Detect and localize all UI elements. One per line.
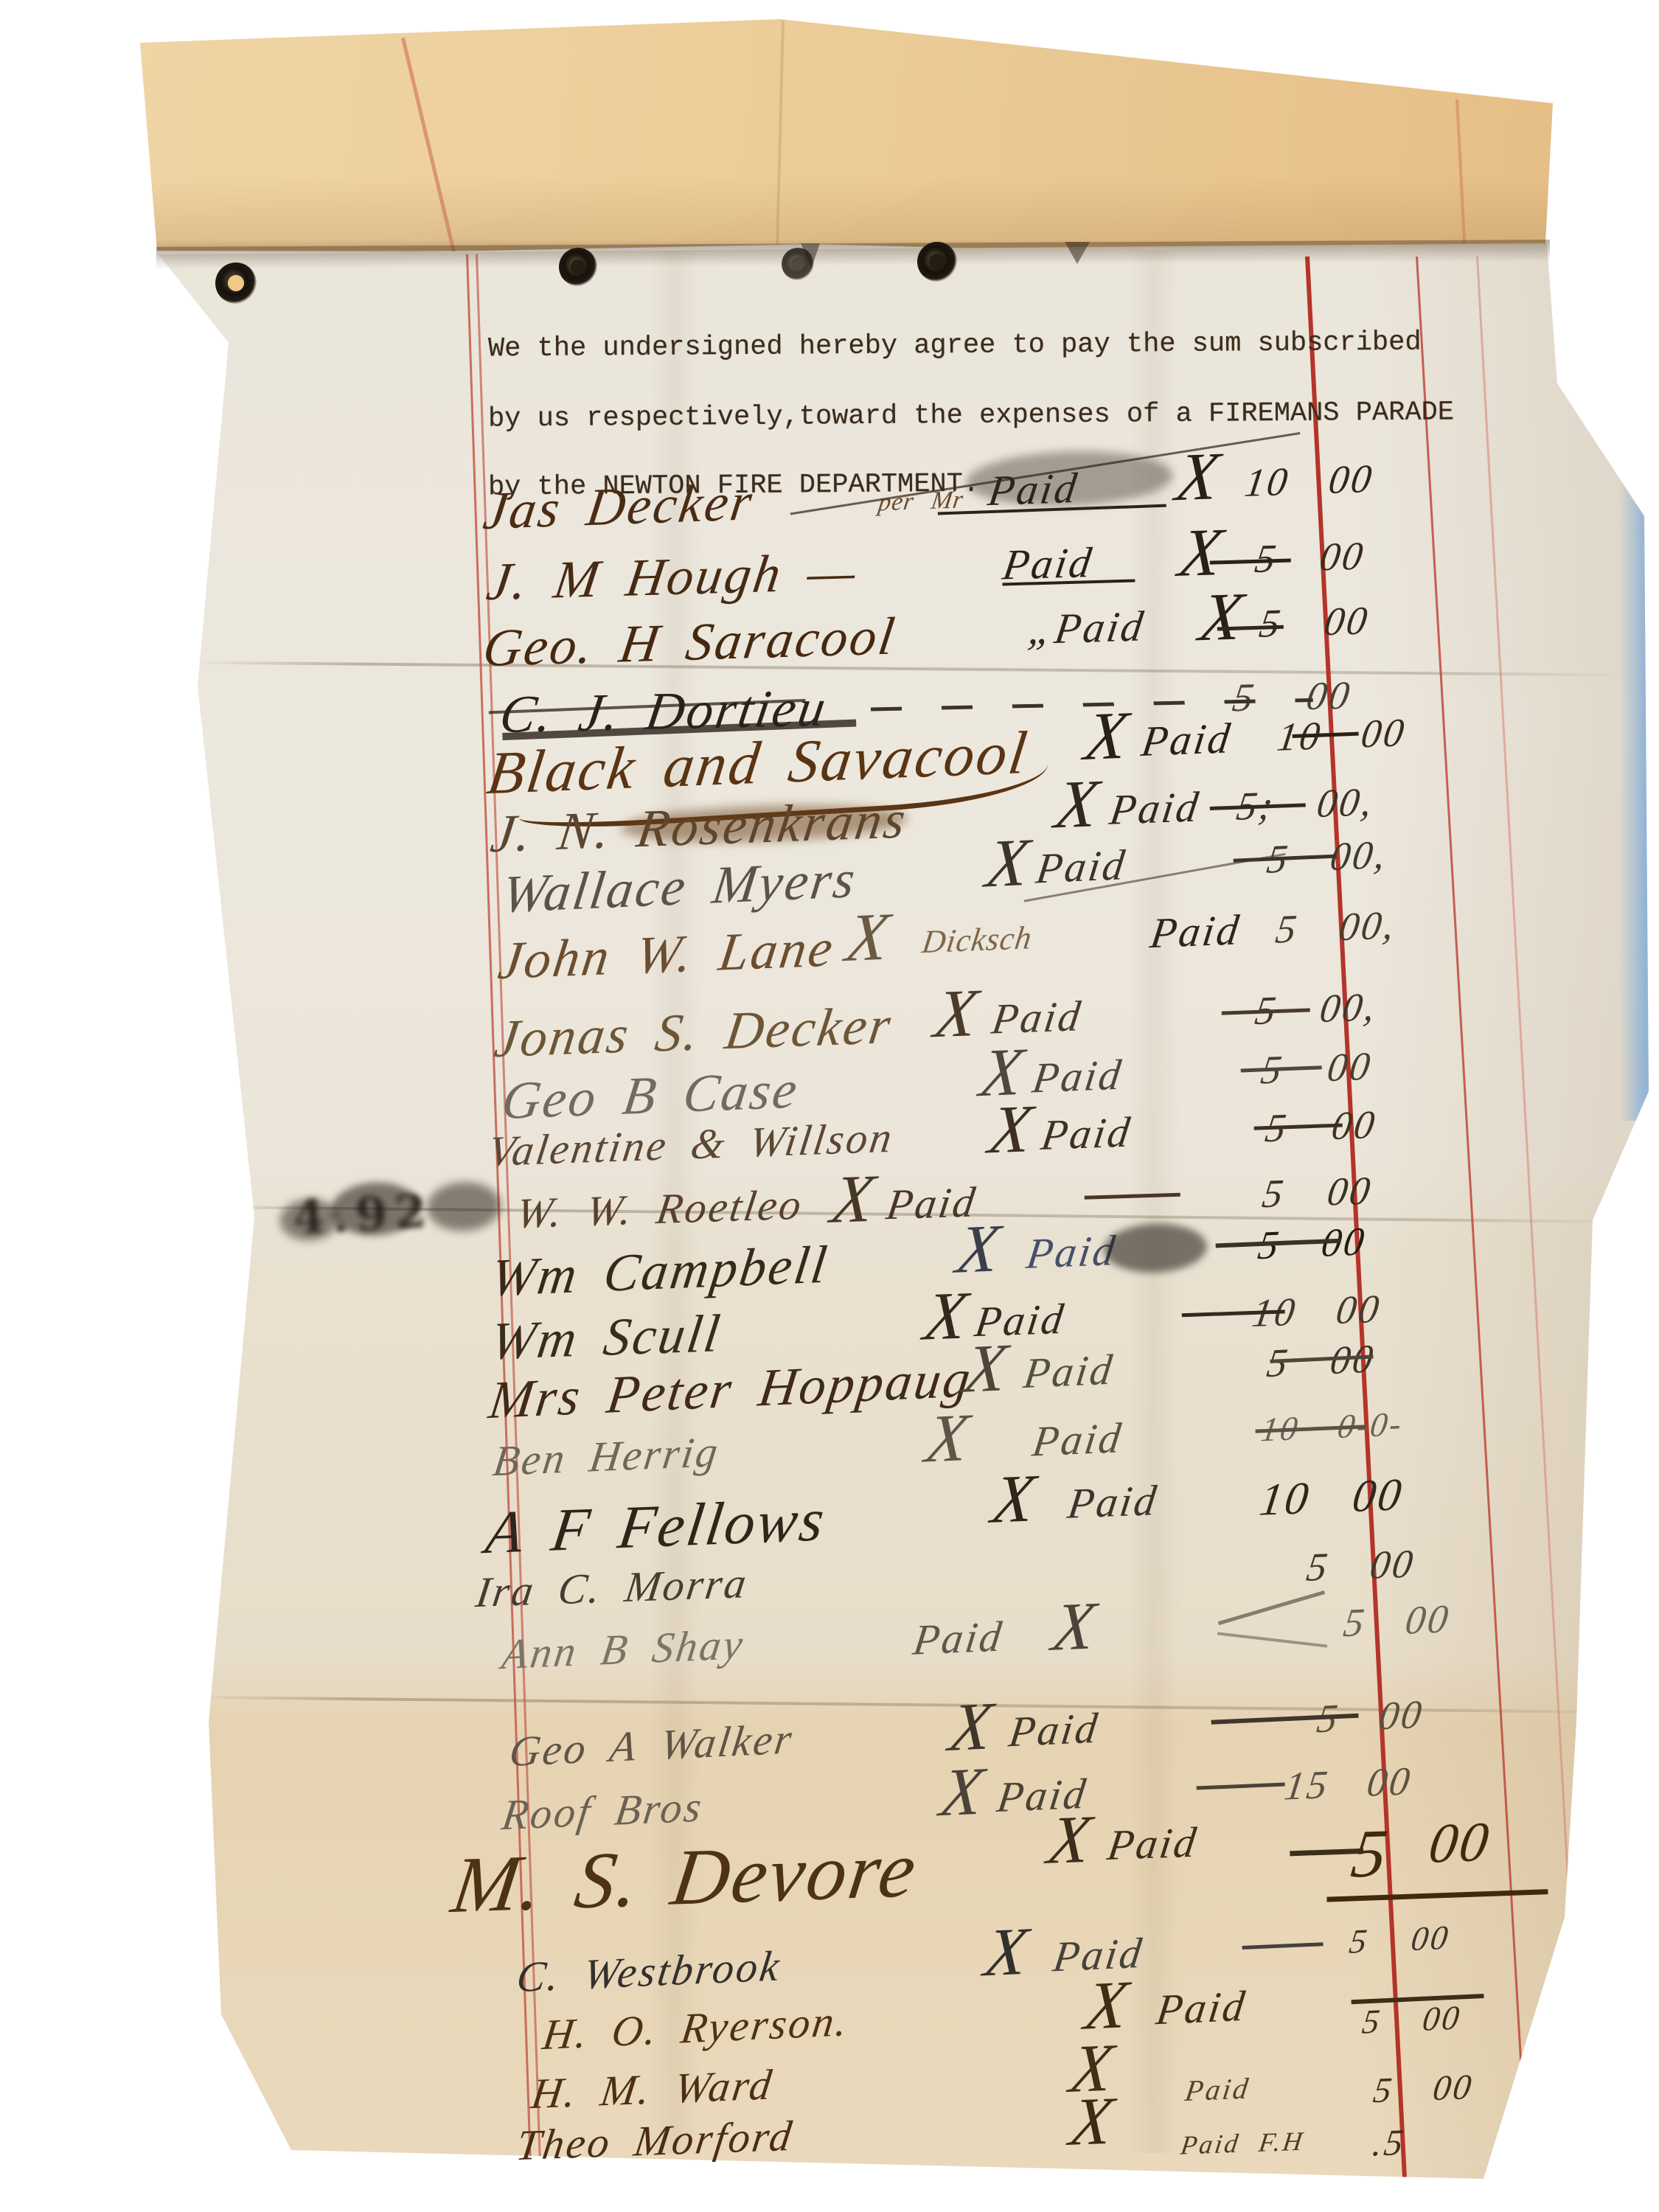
amount-cents: 00	[1321, 597, 1372, 644]
amount-cents: 00	[1430, 2067, 1476, 2109]
amount-cents: 00	[1420, 1997, 1464, 2039]
x-mark: X	[938, 1764, 989, 1820]
paid-label: Paid	[1105, 1817, 1201, 1870]
amount-dollars: 10	[1256, 1472, 1314, 1527]
x-mark: X	[1067, 2093, 1119, 2149]
paid-label: Paid	[1153, 1980, 1249, 2034]
amount-cents: 00	[1364, 1758, 1414, 1806]
paid-label: Paid	[1107, 782, 1203, 835]
x-mark: X	[961, 1340, 1012, 1397]
signature-name: H. M. Ward	[529, 2059, 777, 2118]
x-mark: X	[1082, 1978, 1133, 2034]
paid-label: „Paid	[1026, 601, 1149, 654]
amount-cents: 00,	[1336, 902, 1399, 950]
background-sliver	[1619, 472, 1652, 1121]
paid-label: Paid	[1029, 1049, 1126, 1102]
signature-name: Roof Bros	[499, 1781, 706, 1840]
eyelet-fastener-icon	[559, 248, 597, 286]
paid-label: Paid	[1138, 713, 1235, 766]
x-mark: X	[1173, 449, 1225, 505]
paid-label: Paid	[1147, 905, 1244, 958]
x-mark: X	[990, 1471, 1040, 1527]
amount-cents: 00	[1326, 456, 1377, 503]
paid-label: Paid	[1065, 1475, 1161, 1528]
amount-cents: 00	[1402, 1596, 1453, 1644]
amount-dollars: 15	[1282, 1761, 1332, 1809]
signature-name: Geo. H Saracool	[479, 605, 900, 679]
paid-label: Paid	[1038, 1107, 1135, 1160]
signature-name: Ann B Shay	[499, 1619, 748, 1679]
amount-cents: 00,	[1328, 831, 1391, 880]
amount-cents: 00	[1425, 1810, 1495, 1877]
amount-cents: 00	[1324, 1167, 1375, 1214]
x-mark: X	[982, 1924, 1033, 1980]
amount-dollars: .5	[1370, 2121, 1408, 2165]
x-mark: X	[1045, 1812, 1096, 1868]
eyelet-fastener-icon	[215, 262, 257, 304]
x-mark: X	[1082, 708, 1133, 764]
signature-name: Ben Herrig	[490, 1427, 723, 1486]
signature-name: M. S. Devore	[446, 1824, 923, 1933]
amount-cents: 00,	[1314, 779, 1377, 827]
amount-cents: 00	[1367, 1540, 1418, 1587]
smudge-text: 4.92	[292, 1184, 436, 1245]
signature-note: Dicksch	[920, 919, 1035, 961]
amount-cents: 00	[1333, 1286, 1384, 1333]
paid-label: Paid	[1006, 1703, 1102, 1756]
signature-name: Theo Morford	[513, 2111, 796, 2170]
signature-name: Jas Decker	[480, 471, 758, 542]
ink-smudge: 4.92	[278, 1172, 518, 1273]
signature-name: Ira C. Morra	[473, 1558, 751, 1617]
amount-cents: 00	[1317, 533, 1368, 580]
x-mark: X	[986, 1102, 1037, 1158]
amount-cents: 00	[1358, 709, 1409, 757]
paid-label: Paid	[911, 1611, 1006, 1665]
signature-name: A F Fellows	[481, 1485, 830, 1568]
eyelet-fastener-icon	[917, 242, 957, 282]
x-mark: X	[1052, 776, 1104, 832]
amount-cents: 00	[1349, 1469, 1407, 1523]
amount-cents: 00	[1409, 1918, 1453, 1959]
x-mark: X	[984, 835, 1034, 891]
x-mark: X	[1050, 1599, 1101, 1655]
amount-cents: 00	[1304, 672, 1355, 719]
x-mark: X	[1176, 525, 1228, 581]
paid-label: Paid	[1029, 1413, 1125, 1467]
amount-cents: 00	[1377, 1691, 1427, 1739]
eyelet-fastener-icon	[782, 248, 814, 280]
x-mark: X	[1197, 589, 1248, 645]
amount-cents: 00,	[1317, 984, 1380, 1032]
signature-name: W. W. Roetleo	[513, 1180, 807, 1239]
x-mark: X	[923, 1411, 974, 1467]
signature-name: J. M Hough —	[483, 541, 862, 613]
flap-fold-shading	[140, 177, 1556, 251]
paid-label: Paid	[1183, 2070, 1253, 2108]
x-mark: X	[947, 1699, 998, 1756]
paid-label: Paid F.H	[1179, 2126, 1307, 2161]
x-mark: X	[954, 1221, 1005, 1277]
x-mark: X	[828, 1171, 880, 1227]
x-mark: X	[931, 986, 983, 1042]
paid-label: Paid	[1021, 1344, 1117, 1398]
typed-header-line-1: We the undersigned hereby agree to pay t…	[488, 327, 1422, 365]
photographed-subscription-document: We the undersigned hereby agree to pay t…	[0, 0, 1659, 2212]
amount-cents: 00	[1324, 1043, 1375, 1091]
amount-dollars: 10	[1242, 459, 1293, 506]
x-mark: X	[844, 909, 894, 965]
x-mark: X	[921, 1288, 973, 1344]
